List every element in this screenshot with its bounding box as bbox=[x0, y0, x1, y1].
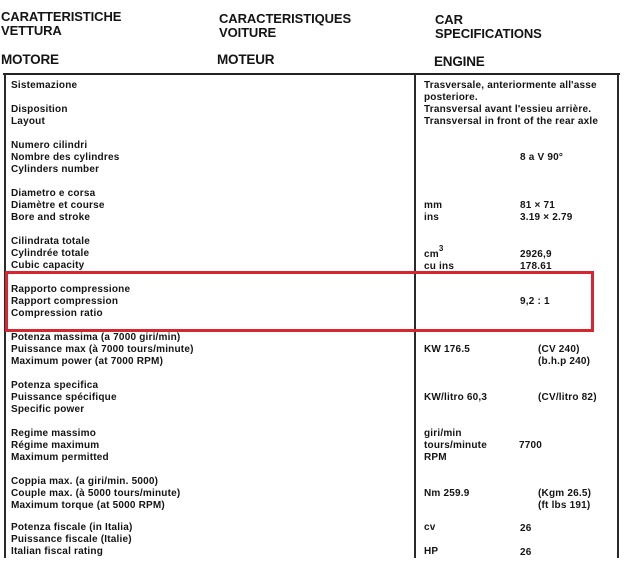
label-line: Cylindrée totale bbox=[11, 248, 90, 260]
value-line: 2926,9 bbox=[520, 249, 552, 261]
value-line: posteriore. bbox=[424, 92, 598, 104]
spec-label-fiscal-rating: Potenza fiscale (in Italia) Puissance fi… bbox=[11, 522, 133, 558]
spec-label-bore-stroke: Diametro e corsa Diamètre et course Bore… bbox=[11, 188, 105, 224]
spec-label-cylinders: Numero cilindri Nombre des cylindres Cyl… bbox=[11, 140, 119, 176]
unit-line: tours/minute bbox=[424, 440, 487, 452]
label-line bbox=[11, 92, 77, 104]
value-line: (ft lbs 191) bbox=[538, 500, 591, 512]
spec-unit-fiscal-rating: cv HP bbox=[424, 522, 438, 558]
spec-value-max-torque: Nm 259.9 bbox=[424, 488, 470, 500]
table-top-rule bbox=[3, 73, 620, 75]
label-line: Maximum power (at 7000 RPM) bbox=[11, 356, 194, 368]
label-line: Puissance max (à 7000 tours/minute) bbox=[11, 344, 194, 356]
label-line: Couple max. (à 5000 tours/minute) bbox=[11, 488, 180, 500]
spec-value-max-rpm: 7700 bbox=[519, 440, 542, 452]
french-title-line: VOITURE bbox=[219, 26, 351, 40]
label-line: Puissance fiscale (Italie) bbox=[11, 534, 133, 546]
label-line: Numero cilindri bbox=[11, 140, 119, 152]
spec-value-layout: Trasversale, anteriormente all'asse post… bbox=[424, 80, 598, 128]
spec-label-max-power: Potenza massima (a 7000 giri/min) Puissa… bbox=[11, 332, 194, 368]
spec-value-bore-stroke: 81 × 71 3.19 × 2.79 bbox=[520, 200, 573, 224]
label-line: Maximum torque (at 5000 RPM) bbox=[11, 500, 180, 512]
spec-value-max-power: KW 176.5 bbox=[424, 344, 470, 356]
english-title-line: SPECIFICATIONS bbox=[435, 27, 542, 41]
label-line: Specific power bbox=[11, 404, 117, 416]
spec-alt-value-specific-power: (CV/litro 82) bbox=[538, 392, 597, 404]
label-line: Italian fiscal rating bbox=[11, 546, 133, 558]
label-line: Maximum permitted bbox=[11, 452, 109, 464]
english-title: CAR SPECIFICATIONS bbox=[435, 13, 542, 41]
label-line: Disposition bbox=[11, 104, 77, 116]
value-line: (CV 240) bbox=[538, 344, 590, 356]
label-line: Regime massimo bbox=[11, 428, 109, 440]
value-line: 26 bbox=[520, 523, 532, 547]
label-line: Sistemazione bbox=[11, 80, 77, 92]
spec-value-capacity: 2926,9 178.61 bbox=[520, 249, 552, 273]
label-line: Potenza fiscale (in Italia) bbox=[11, 522, 133, 534]
spec-alt-value-max-power: (CV 240) (b.h.p 240) bbox=[538, 344, 590, 368]
unit-line: cm3 bbox=[424, 249, 454, 261]
spec-label-layout: Sistemazione Disposition Layout bbox=[11, 80, 77, 128]
value-line: 3.19 × 2.79 bbox=[520, 212, 573, 224]
italian-title: CARATTERISTICHE VETTURA bbox=[1, 10, 121, 38]
label-line: Cilindrata totale bbox=[11, 236, 90, 248]
label-line: Puissance spécifique bbox=[11, 392, 117, 404]
label-line: Bore and stroke bbox=[11, 212, 105, 224]
spec-unit-bore-stroke: mm ins bbox=[424, 200, 442, 224]
label-line: Diametro e corsa bbox=[11, 188, 105, 200]
spec-label-capacity: Cilindrata totale Cylindrée totale Cubic… bbox=[11, 236, 90, 272]
unit-line: HP bbox=[424, 546, 438, 558]
label-line: Diamètre et course bbox=[11, 200, 105, 212]
value-line: Trasversale, anteriormente all'asse bbox=[424, 80, 598, 92]
unit-line: cv bbox=[424, 522, 438, 546]
spec-value-specific-power: KW/litro 60,3 bbox=[424, 392, 487, 404]
spec-label-max-torque: Coppia max. (a giri/min. 5000) Couple ma… bbox=[11, 476, 180, 512]
value-line: 26 bbox=[520, 547, 532, 559]
spec-label-max-rpm: Regime massimo Régime maximum Maximum pe… bbox=[11, 428, 109, 464]
spec-value-cylinders: 8 a V 90° bbox=[520, 152, 563, 164]
unit-line: mm bbox=[424, 200, 442, 212]
unit-line: giri/min bbox=[424, 428, 487, 440]
highlight-box bbox=[5, 271, 594, 332]
value-line: (b.h.p 240) bbox=[538, 356, 590, 368]
french-section-title: MOTEUR bbox=[217, 52, 274, 67]
italian-section-title: MOTORE bbox=[1, 52, 59, 67]
spec-value-fiscal-rating: 26 26 bbox=[520, 523, 532, 559]
unit-line: RPM bbox=[424, 452, 487, 464]
unit-cm: cm bbox=[424, 249, 439, 260]
spec-label-specific-power: Potenza specifica Puissance spécifique S… bbox=[11, 380, 117, 416]
value-line: Transversal avant l'essieu arrière. bbox=[424, 104, 598, 116]
spec-unit-max-rpm: giri/min tours/minute RPM bbox=[424, 428, 487, 464]
french-title: CARACTERISTIQUES VOITURE bbox=[219, 12, 351, 40]
value-line: 81 × 71 bbox=[520, 200, 573, 212]
label-line: Nombre des cylindres bbox=[11, 152, 119, 164]
label-line: Régime maximum bbox=[11, 440, 109, 452]
italian-title-line: VETTURA bbox=[1, 24, 121, 38]
label-line: Coppia max. (a giri/min. 5000) bbox=[11, 476, 180, 488]
french-title-line: CARACTERISTIQUES bbox=[219, 12, 351, 26]
unit-line: ins bbox=[424, 212, 442, 224]
value-line: Transversal in front of the rear axle bbox=[424, 116, 598, 128]
english-section-title: ENGINE bbox=[434, 54, 485, 69]
spec-unit-capacity: cm3 cu ins bbox=[424, 249, 454, 273]
value-line: (Kgm 26.5) bbox=[538, 488, 591, 500]
label-line: Potenza specifica bbox=[11, 380, 117, 392]
table-right-border bbox=[617, 74, 619, 558]
label-line: Cylinders number bbox=[11, 164, 119, 176]
english-title-line: CAR bbox=[435, 13, 542, 27]
spec-alt-value-max-torque: (Kgm 26.5) (ft lbs 191) bbox=[538, 488, 591, 512]
label-line: Potenza massima (a 7000 giri/min) bbox=[11, 332, 194, 344]
label-line: Layout bbox=[11, 116, 77, 128]
italian-title-line: CARATTERISTICHE bbox=[1, 10, 121, 24]
unit-superscript: 3 bbox=[439, 244, 444, 253]
